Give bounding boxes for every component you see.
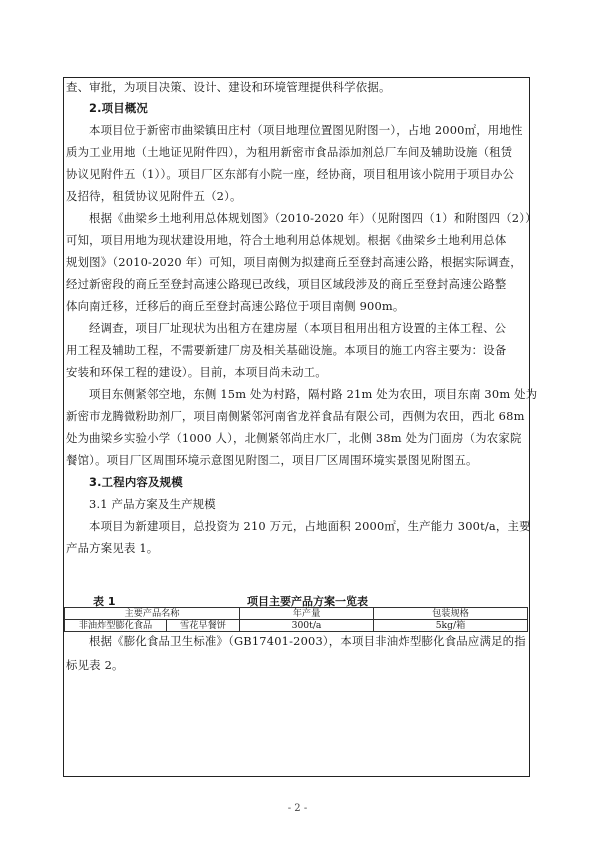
section-heading-engineering-scope: 3.工程内容及规模 — [89, 475, 183, 489]
paragraph-line: 标见表 2。 — [66, 658, 124, 672]
paragraph-line: 根据《曲梁乡土地利用总体规划图》（2010-2020 年）（见附图四（1）和附图… — [89, 211, 537, 225]
paragraph-line: 新密市龙腾微粉助剂厂，项目南侧紧邻河南省龙祥食品有限公司，西侧为农田，西北 68… — [66, 409, 525, 423]
paragraph-line: 本项目位于新密市曲梁镇田庄村（项目地理位置图见附图一），占地 2000㎡，用地性 — [89, 123, 523, 137]
paragraph-line: 安装和环保工程的建设）。目前，本项目尚未动工。 — [66, 365, 327, 379]
header-cell: 主要产品名称 — [65, 608, 240, 620]
paragraph-line: 用工程及辅助工程，不需要新建厂房及相关基础设施。本项目的施工内容主要为：设备 — [66, 343, 506, 357]
table-cell: 非油炸型膨化食品 — [65, 620, 167, 632]
paragraph-line: 规划图》（2010-2020 年）可知，项目南侧为拟建商丘至登封高速公路，根据实… — [66, 255, 522, 269]
table-cell: 5kg/箱 — [374, 620, 528, 632]
table-header-row: 主要产品名称 年产量 包装规格 — [65, 608, 528, 620]
product-plan-table: 主要产品名称 年产量 包装规格 非油炸型膨化食品 雪花早餐饼 300t/a 5k… — [64, 607, 528, 632]
table-cell: 雪花早餐饼 — [167, 620, 240, 632]
header-cell: 年产量 — [240, 608, 374, 620]
page-number: - 2 - — [0, 803, 595, 814]
paragraph-line: 协议见附件五（1））。项目厂区东部有小院一座，经协商，项目租用该小院用于项目办公 — [66, 167, 514, 181]
section-heading-project-overview: 2.项目概况 — [89, 101, 148, 115]
table-row: 非油炸型膨化食品 雪花早餐饼 300t/a 5kg/箱 — [65, 620, 528, 632]
paragraph-line: 处为曲梁乡实验小学（1000 人），北侧紧邻尚庄水厂，北侧 38m 处为门面房（… — [66, 431, 522, 445]
paragraph-line: 质为工业用地（土地证见附件四），为租用新密市食品添加剂总厂车间及辅助设施（租赁 — [66, 145, 512, 159]
content-frame — [63, 77, 530, 777]
paragraph-line: 产品方案见表 1。 — [66, 541, 158, 555]
paragraph-line: 本项目为新建项目，总投资为 210 万元，占地面积 2000㎡，生产能力 300… — [89, 519, 531, 533]
paragraph-line: 根据《膨化食品卫生标准》（GB17401-2003），本项目非油炸型膨化食品应满… — [89, 634, 526, 648]
paragraph-line: 体向南迁移，迁移后的商丘至登封高速公路位于项目南侧 900m。 — [66, 299, 405, 313]
header-cell: 包装规格 — [374, 608, 528, 620]
paragraph-line: 经调查，项目厂址现状为出租方在建房屋（本项目租用出租方设置的主体工程、公 — [89, 321, 506, 335]
paragraph-line: 查、审批，为项目决策、设计、建设和环境管理提供科学依据。 — [66, 80, 391, 94]
paragraph-line: 餐馆）。项目厂区周围环境示意图见附图二，项目厂区周围环境实景图见附图五。 — [66, 453, 478, 467]
paragraph-line: 项目东侧紧邻空地，东侧 15m 处为村路，隔村路 21m 处为农田，项目东南 3… — [89, 387, 537, 401]
table-cell: 300t/a — [240, 620, 374, 632]
paragraph-line: 可知，项目用地为现状建设用地，符合土地利用总体规划。根据《曲梁乡土地利用总体 — [66, 233, 506, 247]
subsection-heading-product-plan: 3.1 产品方案及生产规模 — [89, 497, 216, 511]
paragraph-line: 经过新密段的商丘至登封高速公路现已改线，项目区域段涉及的商丘至登封高速公路整 — [66, 277, 506, 291]
paragraph-line: 及招待，租赁协议见附件五（2）。 — [66, 189, 242, 203]
